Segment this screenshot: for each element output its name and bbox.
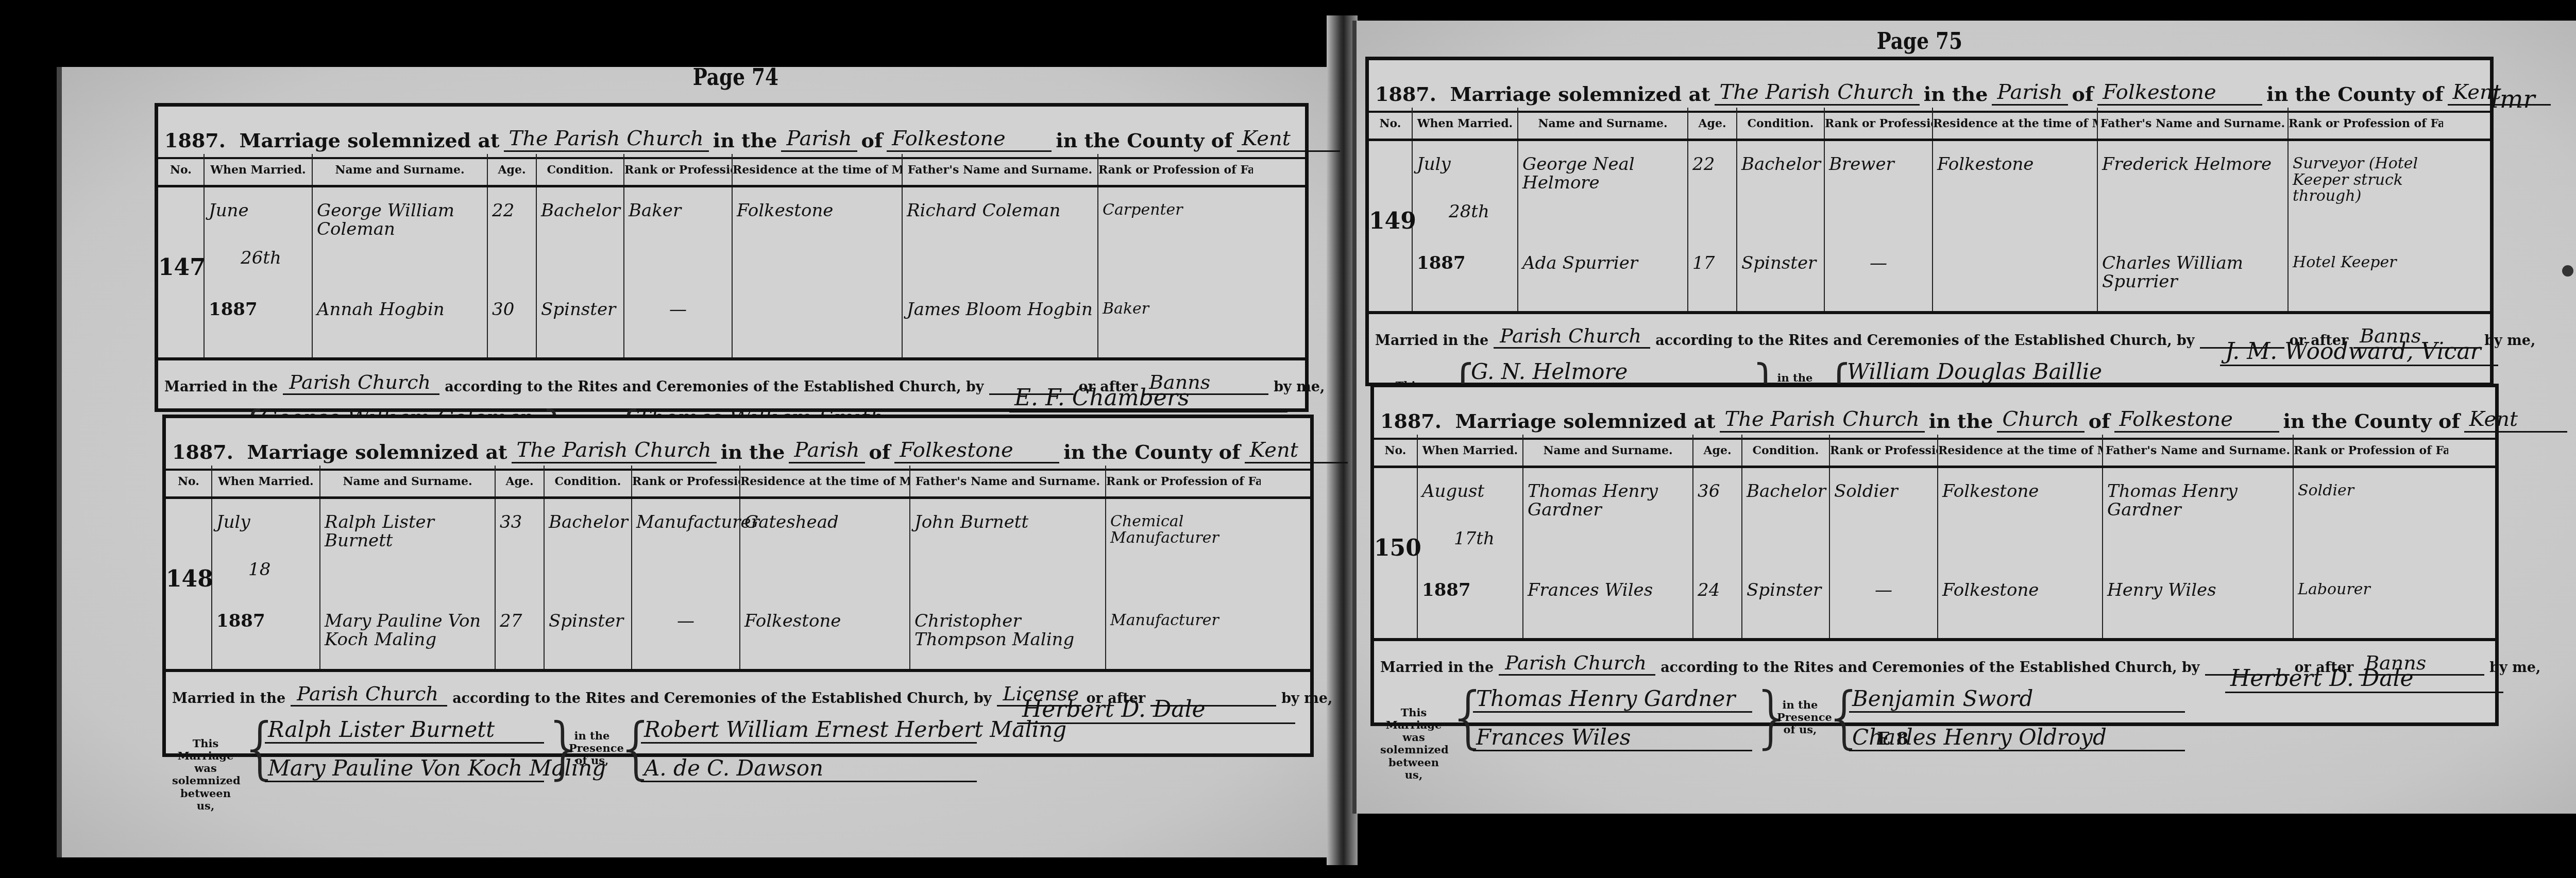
married-in-label: Married in the [164,379,278,395]
according-label: according to the Rites and Ceremonies of… [1660,660,2199,676]
married-in-field: Parish Church [291,682,447,707]
residence-cell: Folkestone [1933,141,2098,311]
marriage-day: 28th [1449,203,1513,221]
bride-rank: — [1834,581,1933,600]
column-header-residence: Residence at the time of Marriage. [1933,108,2098,139]
according-label: according to the Rites and Ceremonies of… [452,691,991,707]
entry-header: 1887. Marriage solemnized at The Parish … [166,418,1310,471]
column-header-father-rank: Rank or Profession of Father. [2294,435,2448,466]
marriage-entry: 1887. Marriage solemnized at The Parish … [1365,57,2494,386]
signature-block: This Marriage was solemnized between us,… [1380,686,2489,763]
groom-father-rank: Chemical Manufacturer [1110,513,1257,546]
county-field: Kent [1237,127,1340,152]
column-header-name: Name and Surname. [320,466,496,496]
column-header-rank: Rank or Profession. [1830,435,1938,466]
bride-father-name: Henry Wiles [2107,581,2289,600]
party-signature-bride: Mary Pauline Von Koch Maling [265,755,544,782]
married-in-field: Parish Church [283,371,439,395]
father-rank-cell: Soldier Labourer [2294,468,2448,638]
bride-name: Annah Hogbin [317,301,483,319]
officiant-signature: Herbert D. Dale [2225,665,2503,693]
in-the-label: in the [1929,409,1993,433]
entry-number-cell: 150 [1374,468,1418,638]
in-the-label: in the [1924,82,1988,106]
marriage-day: 18 [248,561,315,579]
county-label: in the County of [1063,440,1240,463]
groom-age: 22 [1692,156,1732,174]
residence-cell: Folkestone [733,187,903,357]
entry-number: 148 [166,566,211,592]
marriage-month: August [1422,483,1518,501]
father-rank-cell: Chemical Manufacturer Manufacturer [1106,499,1261,669]
father-rank-cell: Surveyor (Hotel Keeper struck through) H… [2289,141,2443,311]
entry-rows: 149 July 28th 1887 George Neal Helmore A… [1369,141,2490,314]
groom-condition: Bachelor [541,202,619,220]
district-type-field: Church [1997,407,2084,433]
column-header-residence: Residence at the time of Marriage. [733,154,903,185]
of-label: of [2072,82,2094,106]
rank-cell: Manufacturer — [632,499,740,669]
bride-rank: — [1829,254,1928,273]
in-the-label: in the [713,129,777,152]
column-header-father-name: Father's Name and Surname. [910,466,1106,496]
condition-cell: Bachelor Spinster [1737,141,1825,311]
column-headers: No.When Married.Name and Surname.Age.Con… [158,154,1305,187]
marriage-entry: 1887. Marriage solemnized at The Parish … [155,103,1309,412]
of-label: of [2089,409,2110,433]
column-header-no: No. [166,466,212,496]
place-field: The Parish Church [504,127,709,152]
rank-cell: Soldier — [1830,468,1938,638]
party-signature-groom: Thomas Henry Gardner [1473,686,1752,713]
entry-year: 1887 [172,440,227,463]
marriage-month: July [216,513,315,532]
page-number: Page 74 [693,64,778,91]
officiant-signature: Herbert D. Dale [1017,696,1295,724]
district-type-field: Parish [781,127,857,152]
father-name-cell: Thomas Henry Gardner Henry Wiles [2103,468,2294,638]
groom-residence: Folkestone [1942,483,2098,501]
married-in-field: Parish Church [1499,651,1655,676]
county-field: Kent [1245,438,1348,463]
binding-hole [2562,265,2573,277]
date-cell: July 18 1887 [212,499,320,669]
bride-name: Ada Spurrier [1522,254,1683,273]
column-headers: No.When Married.Name and Surname.Age.Con… [166,466,1310,499]
groom-residence: Folkestone [1937,156,2093,174]
column-header-age: Age. [496,466,545,496]
groom-father-name: John Burnett [914,513,1101,532]
married-in-label: Married in the [172,691,285,707]
marriage-month: June [209,202,308,220]
groom-name: George Neal Helmore [1522,156,1683,192]
county-label: in the County of [1056,129,1232,152]
column-header-father-rank: Rank or Profession of Father. [2289,108,2443,139]
bride-residence: Folkestone [1942,581,2098,600]
age-cell: 36 24 [1693,468,1742,638]
marriage-year: 1887 [209,301,308,319]
witness-signature-2: Charles Henry Oldroyd [1849,725,2185,751]
solemnized-label: Marriage solemnized at [239,129,499,152]
column-header-rank: Rank or Profession. [632,466,740,496]
entry-header: 1887. Marriage solemnized at The Parish … [158,107,1305,159]
between-us-label: This Marriage was solemnized between us, [172,737,239,812]
marriage-day: 17th [1454,530,1518,548]
bride-age: 30 [492,301,532,319]
name-cell: Thomas Henry Gardner Frances Wiles [1523,468,1693,638]
marriage-entry: 1887. Marriage solemnized at The Parish … [1370,384,2499,726]
solemnized-label: Marriage solemnized at [1455,409,1715,433]
party-signature-groom: Ralph Lister Burnett [265,717,544,744]
rank-cell: Brewer — [1825,141,1933,311]
groom-name: Ralph Lister Burnett [325,513,490,550]
groom-rank: Soldier [1834,483,1933,501]
groom-condition: Bachelor [549,513,627,532]
presence-label: in the Presence of us, [1777,699,1823,736]
groom-father-name: Thomas Henry Gardner [2107,483,2289,519]
county-label: in the County of [2283,409,2460,433]
column-header-age: Age. [488,154,537,185]
column-header-residence: Residence at the time of Marriage. [1938,435,2103,466]
entry-number: 149 [1369,208,1412,234]
in-the-label: in the [721,440,785,463]
according-label: according to the Rites and Ceremonies of… [1655,333,2194,349]
column-header-name: Name and Surname. [1523,435,1693,466]
between-us-label: This Marriage was solemnized between us, [1380,707,1447,781]
witness-signature-1: Benjamin Sword [1849,686,2185,713]
bride-age: 27 [500,612,539,631]
bride-father-name: Charles William Spurrier [2102,254,2283,291]
witness-signature-1: William Douglas Baillie [1844,359,2180,386]
marriage-year: 1887 [1422,581,1518,600]
column-header-father-rank: Rank or Profession of Father. [1098,154,1253,185]
groom-father-name: Richard Coleman [907,202,1093,220]
groom-residence: Folkestone [737,202,897,220]
groom-condition: Bachelor [1741,156,1820,174]
bride-name: Frances Wiles [1528,581,1688,600]
bride-condition: Spinster [1747,581,1825,600]
district-field: Folkestone [2114,407,2279,433]
marriage-entry: 1887. Marriage solemnized at The Parish … [162,415,1314,757]
entry-number-cell: 148 [166,499,212,669]
groom-father-rank: Surveyor (Hotel Keeper struck through) [2293,156,2439,204]
column-header-residence: Residence at the time of Marriage. [740,466,910,496]
father-rank-cell: Carpenter Baker [1098,187,1253,357]
party-signature-bride: Frances Wiles [1473,725,1752,751]
bride-residence: Folkestone [744,612,905,631]
groom-condition: Bachelor [1747,483,1825,501]
officiant-signature: J. M. Woodward, Vicar [2220,338,2498,366]
entry-number: 147 [158,254,204,281]
condition-cell: Bachelor Spinster [537,187,624,357]
bride-age: 24 [1698,581,1737,600]
entry-rows: 150 August 17th 1887 Thomas Henry Gardne… [1374,468,2495,641]
column-headers: No.When Married.Name and Surname.Age.Con… [1374,435,2495,468]
age-cell: 22 17 [1688,141,1737,311]
groom-age: 33 [500,513,539,532]
father-name-cell: John Burnett Christopher Thompson Maling [910,499,1106,669]
page-number: Page 75 [1877,28,1962,55]
date-cell: June 26th 1887 [205,187,313,357]
bride-name: Mary Pauline Von Koch Maling [325,612,490,649]
district-field: Folkestone [887,127,1052,152]
column-header-when-married: When Married. [212,466,320,496]
father-name-cell: Richard Coleman James Bloom Hogbin [903,187,1098,357]
date-cell: July 28th 1887 [1413,141,1518,311]
entry-header: 1887. Marriage solemnized at The Parish … [1369,60,2490,113]
column-header-when-married: When Married. [1418,435,1523,466]
column-header-condition: Condition. [545,466,632,496]
bride-father-name: Christopher Thompson Maling [914,612,1101,649]
solemnized-label: Marriage solemnized at [1450,82,1710,106]
officiant-signature: E. F. Chambers [1009,385,1287,412]
county-field: Kent [2448,80,2551,106]
presence-label: in the Presence of us, [569,730,615,767]
bride-father-rank: Baker [1103,301,1249,317]
column-header-condition: Condition. [1742,435,1830,466]
bride-father-rank: Hotel Keeper [2293,254,2439,271]
of-label: of [869,440,891,463]
according-label: according to the Rites and Ceremonies of… [445,379,984,395]
entry-number: 150 [1374,535,1417,561]
place-field: The Parish Church [1715,80,1920,106]
witness-signature-1: Robert William Ernest Herbert Maling [641,717,977,744]
entry-rows: 147 June 26th 1887 George William Colema… [158,187,1305,360]
entry-rows: 148 July 18 1887 Ralph Lister Burnett Ma… [166,499,1310,672]
name-cell: Ralph Lister Burnett Mary Pauline Von Ko… [320,499,496,669]
groom-father-rank: Carpenter [1103,202,1249,218]
groom-name: George William Coleman [317,202,483,238]
bride-condition: Spinster [541,301,619,319]
entry-year: 1887 [1375,82,1430,106]
column-header-when-married: When Married. [205,154,313,185]
bride-rank: — [636,612,735,631]
groom-name: Thomas Henry Gardner [1528,483,1688,519]
district-field: Folkestone [2097,80,2262,106]
solemnized-label: Marriage solemnized at [247,440,507,463]
place-field: The Parish Church [1720,407,1925,433]
name-cell: George Neal Helmore Ada Spurrier [1518,141,1688,311]
column-header-father-name: Father's Name and Surname. [2098,108,2289,139]
groom-age: 36 [1698,483,1737,501]
of-label: of [861,129,883,152]
age-cell: 33 27 [496,499,545,669]
district-type-field: Parish [789,438,865,463]
groom-rank: Manufacturer [636,513,735,532]
condition-cell: Bachelor Spinster [545,499,632,669]
column-header-no: No. [158,154,205,185]
entry-header: 1887. Marriage solemnized at The Parish … [1374,387,2495,440]
groom-age: 22 [492,202,532,220]
married-in-label: Married in the [1380,660,1494,676]
residence-cell: Folkestone Folkestone [1938,468,2103,638]
groom-father-name: Frederick Helmore [2102,156,2283,174]
married-in-label: Married in the [1375,333,1488,349]
marriage-year: 1887 [216,612,315,631]
column-header-no: No. [1369,108,1413,139]
bride-father-rank: Manufacturer [1110,612,1257,629]
column-headers: No.When Married.Name and Surname.Age.Con… [1369,108,2490,141]
condition-cell: Bachelor Spinster [1742,468,1830,638]
married-in-field: Parish Church [1494,324,1650,349]
groom-rank: Baker [629,202,727,220]
residence-cell: Gateshead Folkestone [740,499,910,669]
bride-condition: Spinster [1741,254,1820,273]
marriage-month: July [1417,156,1513,174]
bride-rank: — [629,301,727,319]
column-header-when-married: When Married. [1413,108,1518,139]
column-header-rank: Rank or Profession. [624,154,733,185]
entry-number-cell: 147 [158,187,205,357]
groom-father-rank: Soldier [2298,483,2444,499]
county-label: in the County of [2266,82,2443,106]
bride-condition: Spinster [549,612,627,631]
column-header-name: Name and Surname. [313,154,488,185]
rank-cell: Baker — [624,187,733,357]
column-header-age: Age. [1693,435,1742,466]
column-header-father-rank: Rank or Profession of Father. [1106,466,1261,496]
district-type-field: Parish [1992,80,2067,106]
marriage-day: 26th [241,249,308,268]
column-header-name: Name and Surname. [1518,108,1688,139]
bride-age: 17 [1692,254,1732,273]
witness-signature-2: A. de C. Dawson [641,755,977,782]
column-header-condition: Condition. [537,154,624,185]
father-name-cell: Frederick Helmore Charles William Spurri… [2098,141,2289,311]
column-header-rank: Rank or Profession. [1825,108,1933,139]
column-header-father-name: Father's Name and Surname. [2103,435,2294,466]
column-header-father-name: Father's Name and Surname. [903,154,1098,185]
entry-year: 1887 [1380,409,1435,433]
column-header-condition: Condition. [1737,108,1825,139]
age-cell: 22 30 [488,187,537,357]
party-signature-groom: G. N. Helmore [1468,359,1747,386]
entry-number-cell: 149 [1369,141,1413,311]
column-header-no: No. [1374,435,1418,466]
marriage-year: 1887 [1417,254,1513,273]
district-field: Folkestone [894,438,1059,463]
county-field: Kent [2464,407,2567,433]
groom-rank: Brewer [1829,156,1928,174]
date-cell: August 17th 1887 [1418,468,1523,638]
entry-year: 1887 [164,129,219,152]
signature-block: This Marriage was solemnized between us,… [172,717,1304,794]
name-cell: George William Coleman Annah Hogbin [313,187,488,357]
groom-residence: Gateshead [744,513,905,532]
column-header-age: Age. [1688,108,1737,139]
bride-father-name: James Bloom Hogbin [907,301,1093,319]
bride-father-rank: Labourer [2298,581,2444,598]
place-field: The Parish Church [512,438,717,463]
